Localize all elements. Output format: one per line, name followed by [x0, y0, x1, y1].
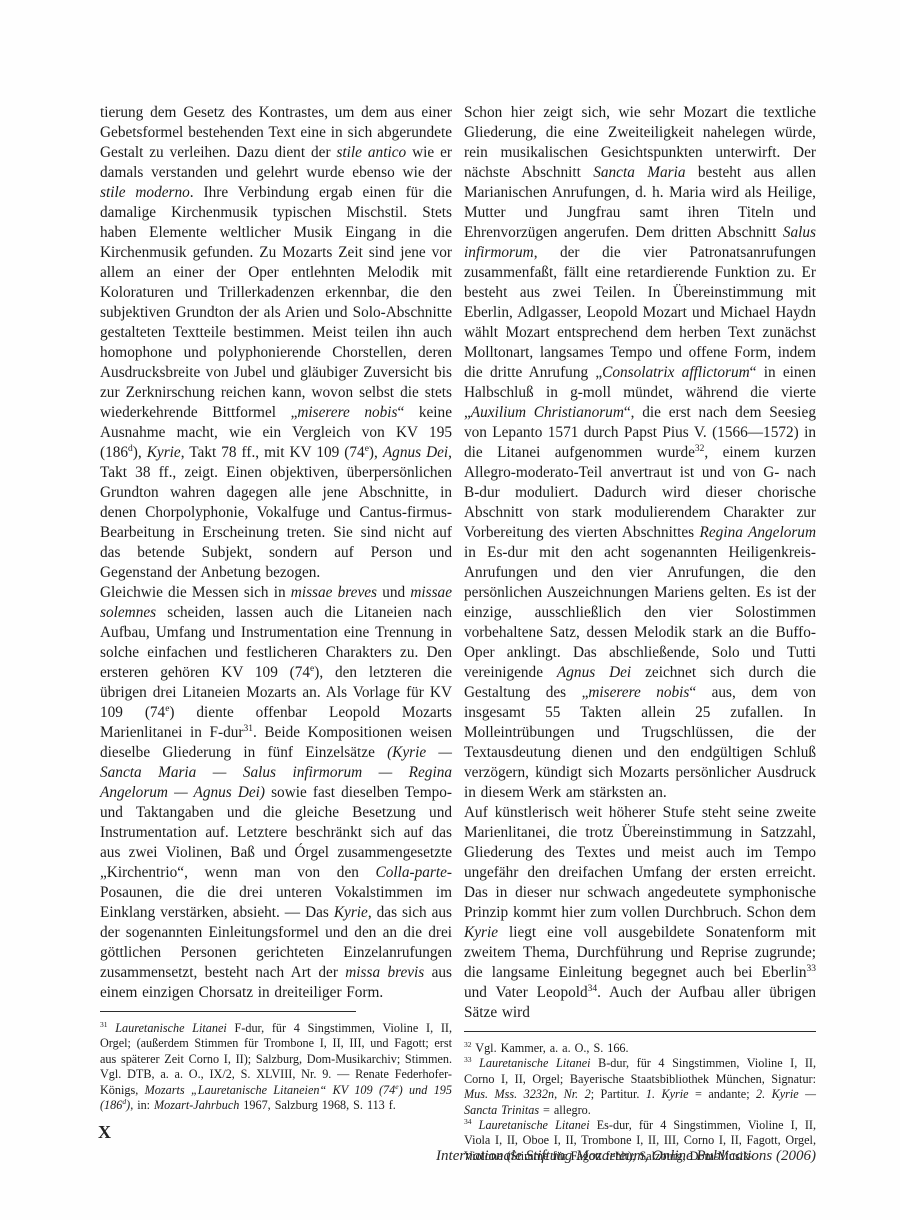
body-paragraph: Gleichwie die Messen sich in missae brev…: [100, 583, 452, 1003]
body-paragraph: Schon hier zeigt sich, wie sehr Mozart d…: [464, 103, 816, 803]
right-column: Schon hier zeigt sich, wie sehr Mozart d…: [464, 103, 816, 1164]
left-column: tierung dem Gesetz des Kontrastes, um de…: [100, 103, 452, 1113]
left-column-footnotes: 31 Lauretanische Litanei F-dur, für 4 Si…: [100, 1021, 452, 1113]
publisher-credit-line: Internationale Stiftung Mozarteum, Onlin…: [0, 1148, 816, 1165]
footnote-32: 32 Vgl. Kammer, a. a. O., S. 166.: [464, 1041, 816, 1056]
left-column-body-text: tierung dem Gesetz des Kontrastes, um de…: [100, 103, 452, 1003]
footnote-33: 33 Lauretanische Litanei B-dur, für 4 Si…: [464, 1056, 816, 1118]
scanned-book-page: tierung dem Gesetz des Kontrastes, um de…: [0, 0, 900, 1220]
right-column-body-text: Schon hier zeigt sich, wie sehr Mozart d…: [464, 103, 816, 1023]
body-paragraph: Auf künstlerisch weit höherer Stufe steh…: [464, 803, 816, 1023]
footnote-31: 31 Lauretanische Litanei F-dur, für 4 Si…: [100, 1021, 452, 1113]
right-column-footnotes: 32 Vgl. Kammer, a. a. O., S. 166. 33 Lau…: [464, 1041, 816, 1164]
body-paragraph: tierung dem Gesetz des Kontrastes, um de…: [100, 103, 452, 583]
footnote-separator-rule: [100, 1011, 356, 1012]
footnote-separator-rule: [464, 1031, 816, 1032]
page-number: X: [98, 1122, 111, 1143]
